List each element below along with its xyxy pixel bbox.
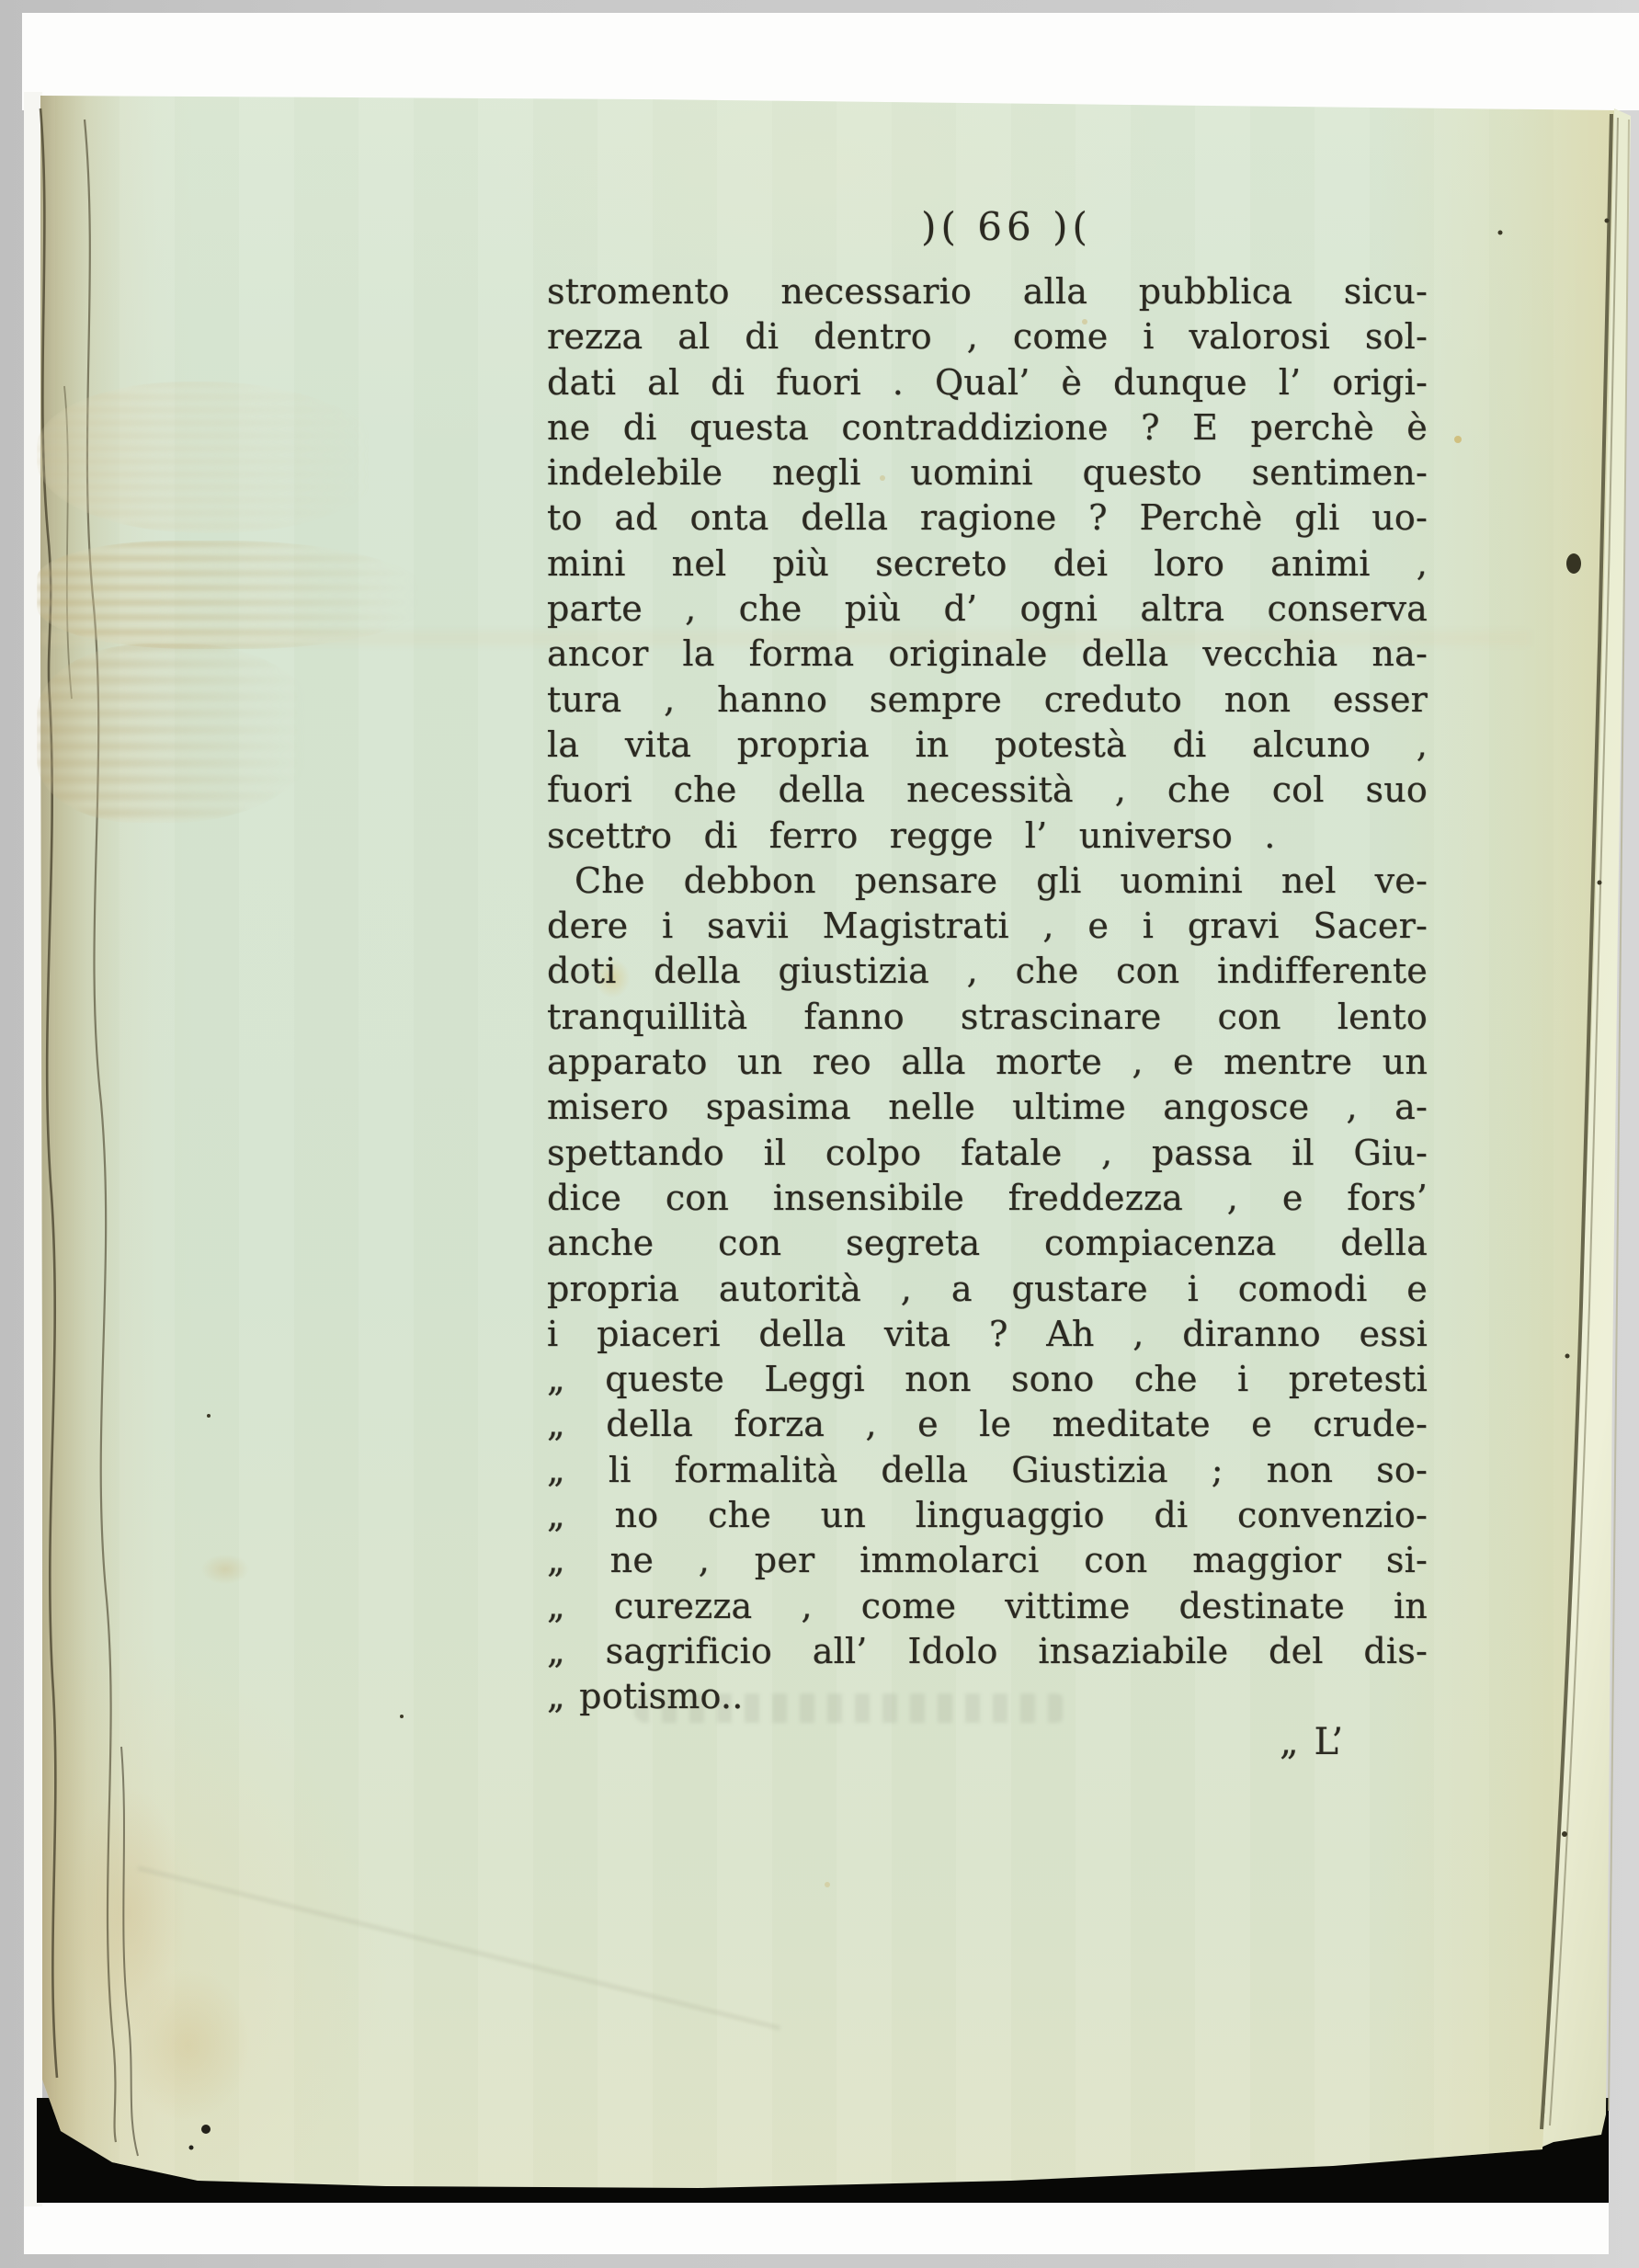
backing-sheet-top bbox=[22, 13, 1639, 110]
text-column: stromento necessario alla pubblica sicu-… bbox=[547, 269, 1428, 1720]
text-line: ancor la forma originale della vecchia n… bbox=[547, 632, 1428, 677]
text-line: parte , che più d’ ogni altra conserva bbox=[547, 587, 1428, 632]
text-line: „ della forza , e le meditate e crude- bbox=[547, 1402, 1428, 1447]
stain bbox=[101, 1940, 276, 2151]
text-line: stromento necessario alla pubblica sicu- bbox=[547, 269, 1428, 314]
text-line: tranquillità fanno strascinare con lento bbox=[547, 995, 1428, 1040]
text-line: Che debbon pensare gli uomini nel ve- bbox=[547, 859, 1428, 904]
text-line: „ curezza , come vittime destinate in bbox=[547, 1584, 1428, 1629]
text-line: fuori che della necessità , che col suo bbox=[547, 768, 1428, 813]
book-scan: )( 66 )( stromento necessario alla pubbl… bbox=[0, 0, 1639, 2268]
backing-sheet-bottom bbox=[24, 2201, 1609, 2254]
text-line: dere i savii Magistrati , e i gravi Sace… bbox=[547, 904, 1428, 949]
text-line: „ li formalità della Giustizia ; non so- bbox=[547, 1448, 1428, 1493]
text-line: la vita propria in potestà di alcuno , bbox=[547, 723, 1428, 768]
text-line: to ad onta della ragione ? Perchè gli uo… bbox=[547, 496, 1428, 541]
text-line: spettando il colpo fatale , passa il Giu… bbox=[547, 1131, 1428, 1176]
text-line: ne di questa contraddizione ? E perchè è bbox=[547, 405, 1428, 450]
text-line: misero spasima nelle ultime angosce , a- bbox=[547, 1085, 1428, 1130]
text-line: propria autorità , a gustare i comodi e bbox=[547, 1267, 1428, 1312]
page-number-header: )( 66 )( bbox=[547, 204, 1428, 249]
backing-sheet-left bbox=[24, 92, 42, 2206]
text-line: indelebile negli uomini questo sentimen- bbox=[547, 450, 1428, 496]
book-page: )( 66 )( stromento necessario alla pubbl… bbox=[0, 0, 1639, 2268]
text-line: „ sagrificio all’ Idolo insaziabile del … bbox=[547, 1629, 1428, 1674]
text-line: apparato un reo alla morte , e mentre un bbox=[547, 1040, 1428, 1085]
text-line: „ potismo.. bbox=[547, 1674, 1428, 1719]
text-line: „ no che un linguaggio di convenzio- bbox=[547, 1493, 1428, 1538]
catchword: „ L’ bbox=[1280, 1721, 1345, 1763]
text-line: dati al di fuori . Qual’ è dunque l’ ori… bbox=[547, 360, 1428, 405]
text-line: rezza al di dentro , come i valorosi sol… bbox=[547, 314, 1428, 359]
text-line: scettro di ferro regge l’ universo . bbox=[547, 814, 1428, 859]
text-line: dice con insensibile freddezza , e fors’ bbox=[547, 1176, 1428, 1221]
text-line: doti della giustizia , che con indiffere… bbox=[547, 949, 1428, 994]
text-line: mini nel più secreto dei loro animi , bbox=[547, 541, 1428, 587]
stain bbox=[51, 1738, 207, 2087]
stain bbox=[193, 1549, 257, 1590]
text-line: „ ne , per immolarci con maggior si- bbox=[547, 1538, 1428, 1583]
text-line: tura , hanno sempre creduto non esser bbox=[547, 678, 1428, 723]
text-line: i piaceri della vita ? Ah , diranno essi bbox=[547, 1312, 1428, 1357]
text-line: „ queste Leggi non sono che i pretesti bbox=[547, 1357, 1428, 1402]
text-line: anche con segreta compiacenza della bbox=[547, 1221, 1428, 1266]
paper-fold-mark bbox=[138, 1866, 781, 2030]
